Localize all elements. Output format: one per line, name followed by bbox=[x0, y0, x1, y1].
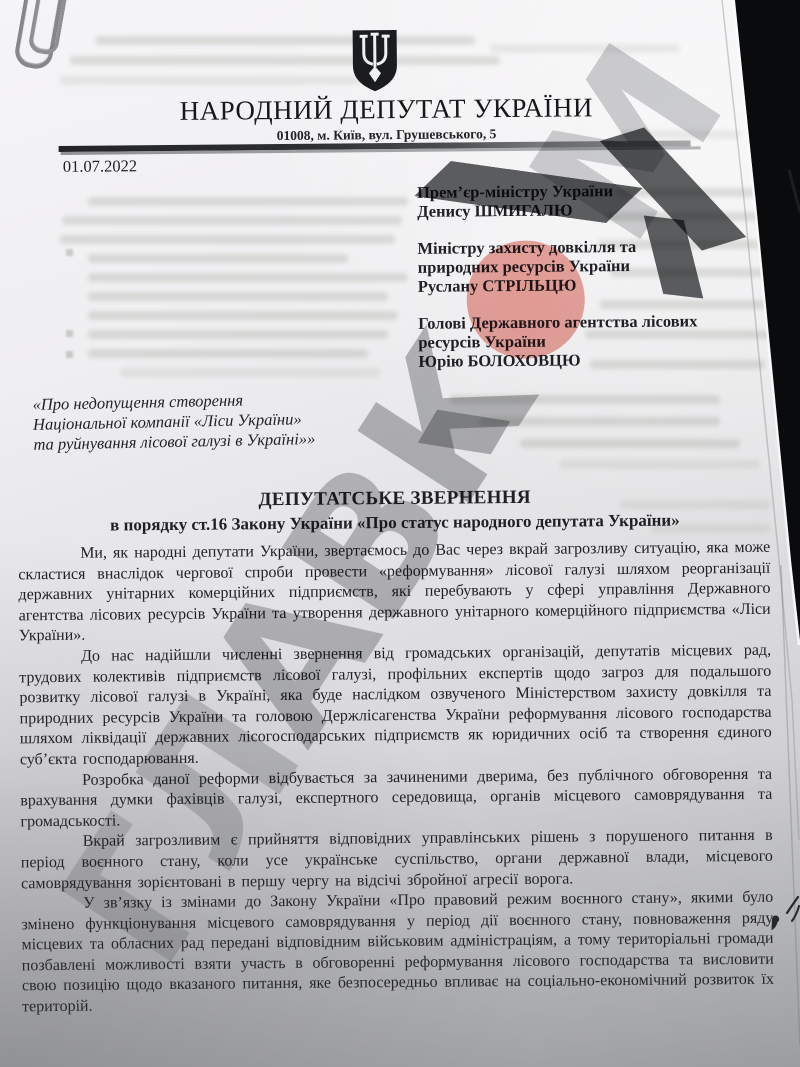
document-photo: НАРОДНИЙ ДЕПУТАТ УКРАЇНИ 01008, м. Київ,… bbox=[0, 0, 800, 1067]
letter-body: Ми, як народні депутати України, звертає… bbox=[18, 538, 774, 1018]
recipients-block: Прем’єр-міністру України Денису ШМИГАЛЮ … bbox=[417, 180, 698, 388]
paragraph-3: Розробка даної реформи відбувається за з… bbox=[20, 764, 773, 832]
recipient-forest-agency-head: Голові Державного агентства лісових ресу… bbox=[418, 311, 698, 370]
paragraph-5: У зв’язку із змінами до Закону України «… bbox=[21, 888, 774, 1018]
letterhead-title: НАРОДНИЙ ДЕПУТАТ УКРАЇНИ bbox=[0, 91, 776, 129]
letter-content: НАРОДНИЙ ДЕПУТАТ УКРАЇНИ 01008, м. Київ,… bbox=[0, 0, 800, 1067]
paragraph-4: Вкрай загрозливим є прийняття відповідни… bbox=[21, 826, 774, 894]
coat-of-arms-trident-icon bbox=[350, 28, 401, 94]
document-date: 01.07.2022 bbox=[63, 156, 137, 177]
subject-block: «Про недопущення створення Національної … bbox=[32, 389, 315, 455]
recipient-prime-minister: Прем’єр-міністру України Денису ШМИГАЛЮ bbox=[417, 180, 697, 220]
paragraph-2: До нас надійшли численні звернення від г… bbox=[19, 641, 772, 771]
document-heading: ДЕПУТАТСЬКЕ ЗВЕРНЕННЯ в порядку ст.16 За… bbox=[0, 484, 790, 539]
paper-sheet: НАРОДНИЙ ДЕПУТАТ УКРАЇНИ 01008, м. Київ,… bbox=[0, 0, 800, 1067]
recipient-minister-environment: Міністру захисту довкілля та природних р… bbox=[417, 236, 697, 295]
paragraph-1: Ми, як народні депутати України, звертає… bbox=[18, 538, 771, 648]
